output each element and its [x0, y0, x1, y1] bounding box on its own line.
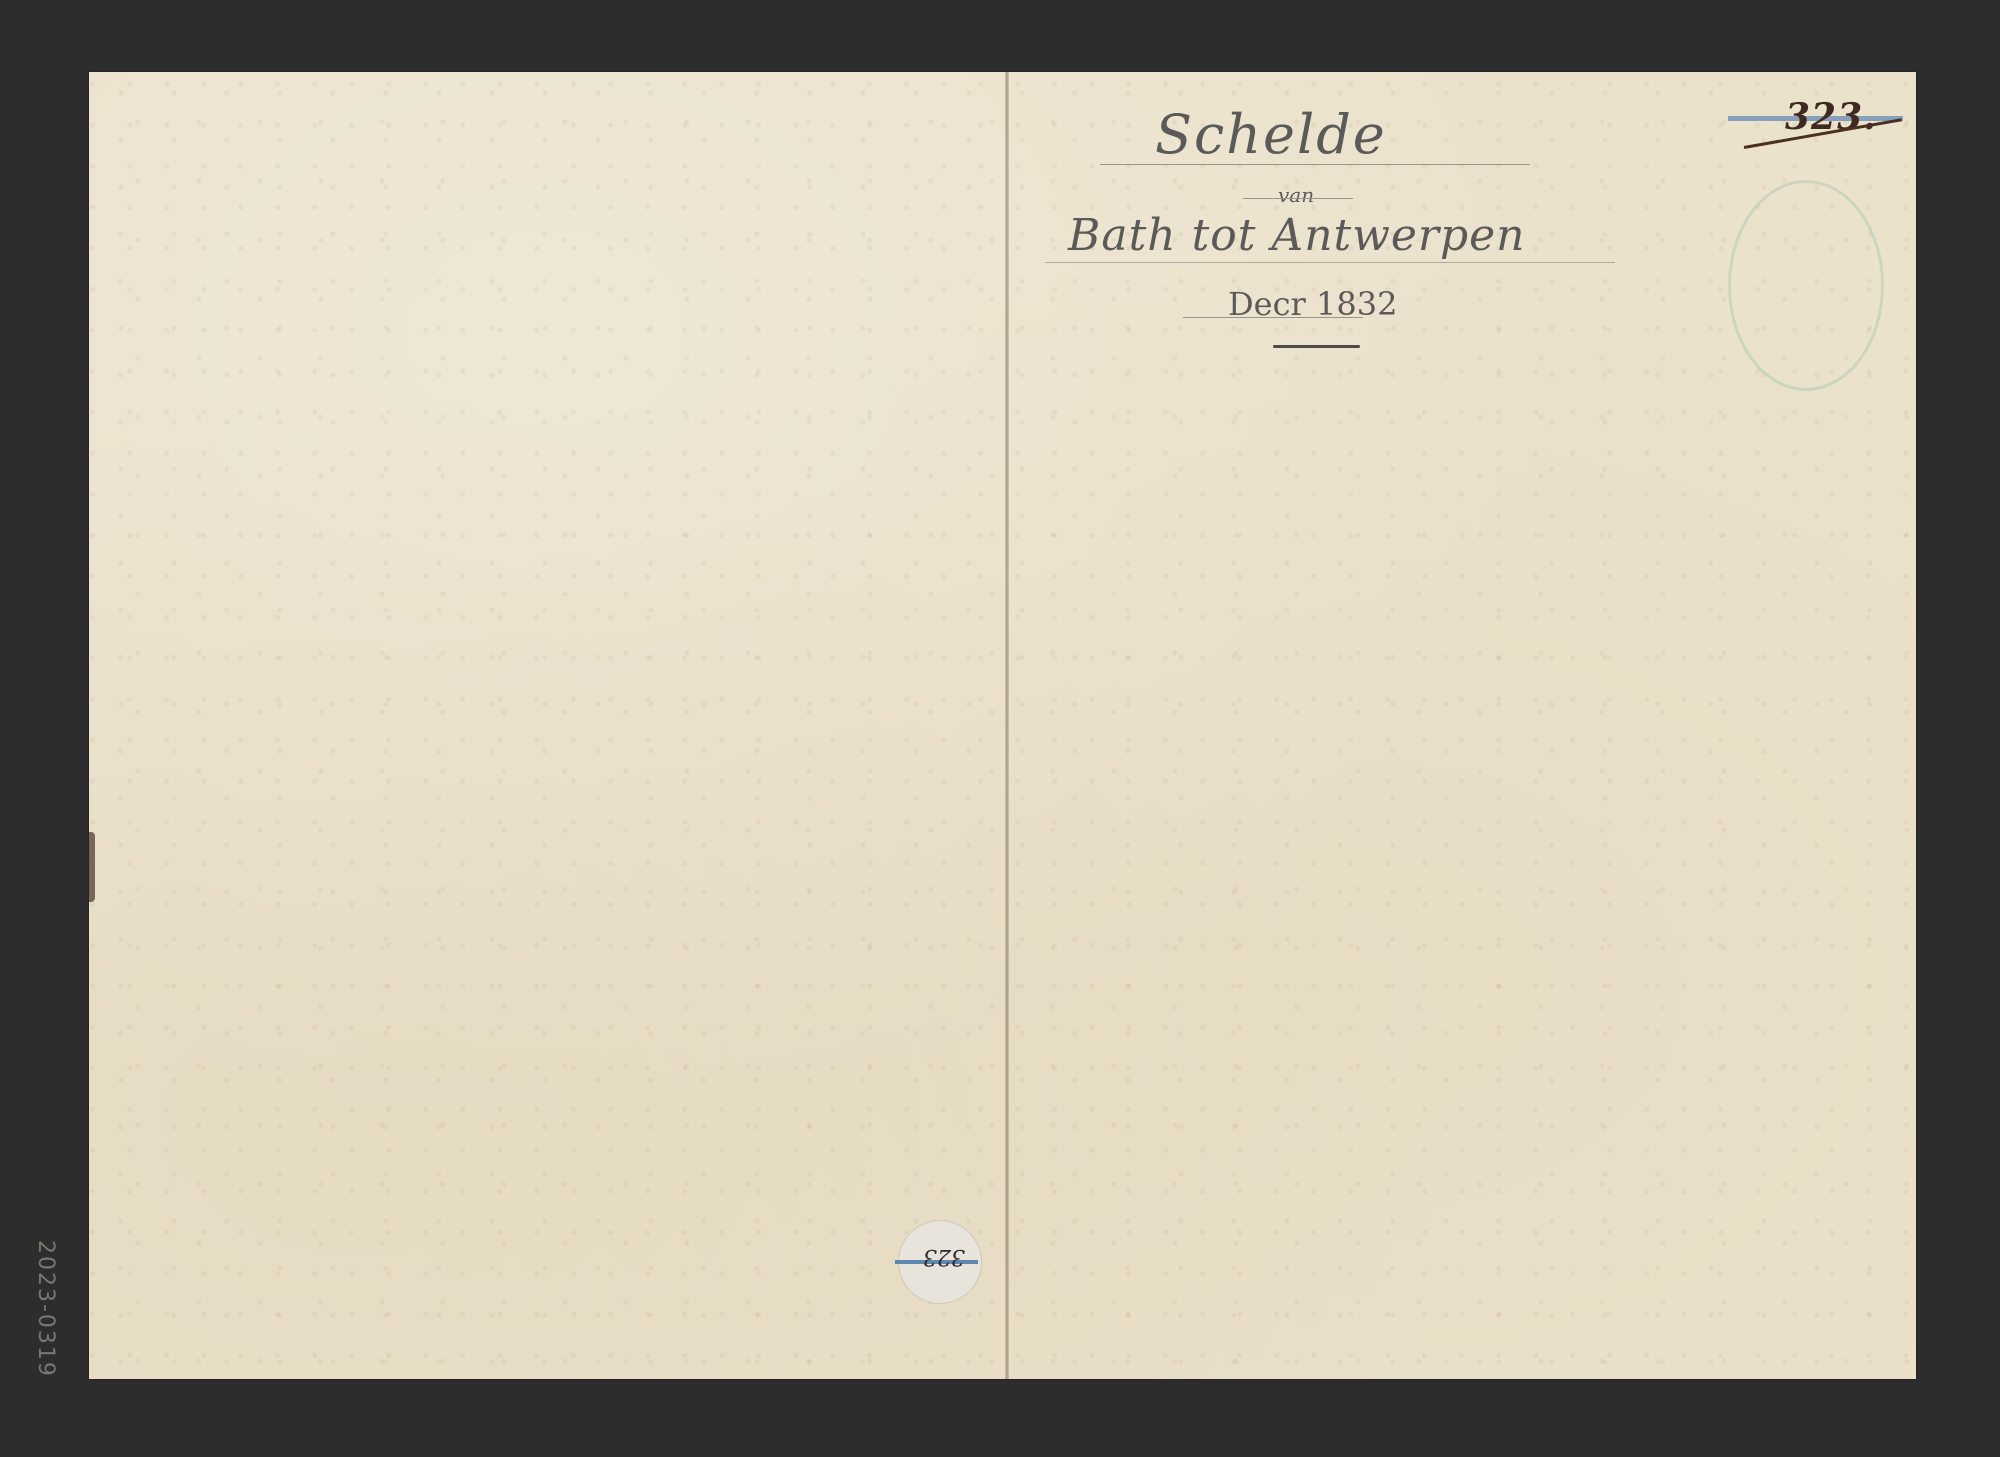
title-guideline — [1100, 164, 1530, 165]
edge-stain — [89, 832, 95, 902]
closing-rule — [1273, 345, 1360, 348]
date-guideline — [1183, 317, 1363, 318]
document-subtitle: Bath tot Antwerpen — [1068, 210, 1525, 261]
title-connector: van — [1278, 183, 1314, 207]
document-sheet — [89, 72, 1916, 1379]
archive-stamp-icon — [1728, 180, 1884, 391]
document-title: Schelde — [1155, 103, 1387, 166]
subtitle-guideline — [1045, 262, 1615, 263]
connector-guideline — [1243, 198, 1353, 199]
label-number: 323 — [923, 1244, 965, 1269]
center-fold — [1005, 72, 1009, 1379]
pencil-accession-number: 2023-0319 — [33, 1240, 58, 1378]
